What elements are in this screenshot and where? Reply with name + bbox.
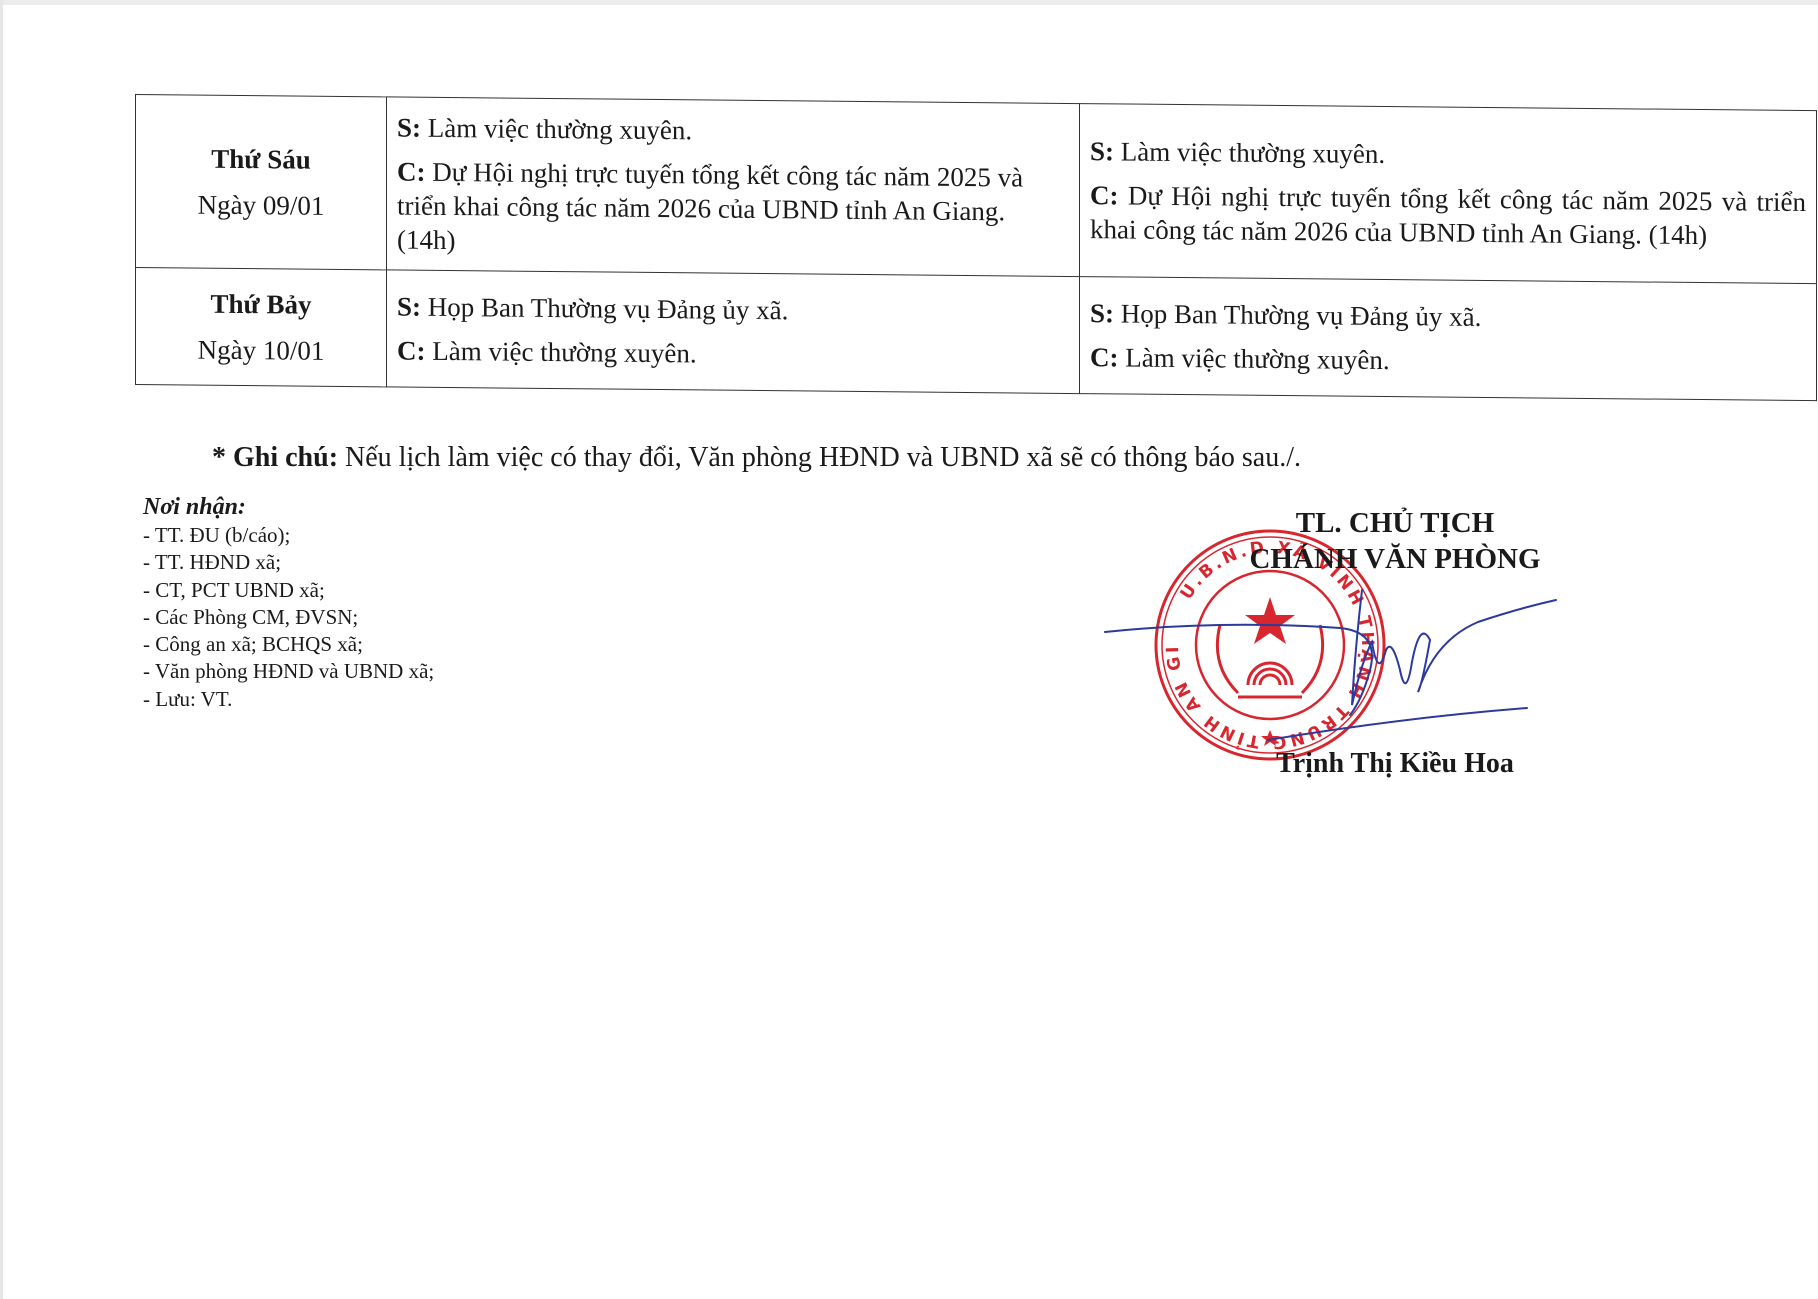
- recipient-item: - TT. HĐND xã;: [143, 549, 434, 576]
- page-top-edge: [0, 0, 1818, 5]
- day-date: Ngày 09/01: [146, 187, 376, 223]
- entry-prefix: S:: [1090, 298, 1114, 328]
- day-name: Thứ Bảy: [146, 286, 376, 322]
- recipient-item: - Văn phòng HĐND và UBND xã;: [143, 658, 434, 685]
- signer-title: CHÁNH VĂN PHÒNG: [1180, 541, 1610, 577]
- signer-name: Trịnh Thị Kiều Hoa: [1180, 748, 1610, 780]
- recipient-item: - Công an xã; BCHQS xã;: [143, 631, 434, 658]
- afternoon-entry: C: Làm việc thường xuyên.: [1090, 340, 1806, 381]
- entry-prefix: C:: [1090, 342, 1119, 372]
- entry-text: Họp Ban Thường vụ Đảng ủy xã.: [421, 292, 788, 326]
- day-cell: Thứ Sáu Ngày 09/01: [136, 95, 387, 270]
- entry-text: Làm việc thường xuyên.: [426, 336, 697, 369]
- afternoon-entry: C: Làm việc thường xuyên.: [397, 334, 1069, 374]
- day-date: Ngày 10/01: [146, 332, 376, 368]
- table-row: Thứ Bảy Ngày 10/01 S: Họp Ban Thường vụ …: [136, 268, 1817, 401]
- afternoon-entry: C: Dự Hội nghị trực tuyến tổng kết công …: [1090, 178, 1806, 253]
- recipient-item: - Lưu: VT.: [143, 686, 434, 713]
- entry-text: Làm việc thường xuyên.: [1114, 136, 1385, 169]
- schedule-cell-a: S: Làm việc thường xuyên. C: Dự Hội nghị…: [387, 97, 1080, 277]
- signature-block: TL. CHỦ TỊCH CHÁNH VĂN PHÒNG: [1180, 505, 1610, 577]
- entry-prefix: S:: [397, 292, 421, 322]
- schedule-cell-a: S: Họp Ban Thường vụ Đảng ủy xã. C: Làm …: [387, 270, 1080, 394]
- table-row: Thứ Sáu Ngày 09/01 S: Làm việc thường xu…: [136, 95, 1817, 284]
- morning-entry: S: Làm việc thường xuyên.: [1090, 134, 1806, 175]
- recipient-item: - CT, PCT UBND xã;: [143, 577, 434, 604]
- entry-text: Họp Ban Thường vụ Đảng ủy xã.: [1114, 298, 1481, 332]
- entry-text: Làm việc thường xuyên.: [1119, 342, 1390, 375]
- entry-prefix: C:: [397, 157, 426, 187]
- handwritten-signature-icon: [1100, 580, 1560, 750]
- schedule-cell-b: S: Làm việc thường xuyên. C: Dự Hội nghị…: [1080, 104, 1817, 284]
- afternoon-entry: C: Dự Hội nghị trực tuyến tổng kết công …: [397, 155, 1069, 263]
- morning-entry: S: Họp Ban Thường vụ Đảng ủy xã.: [397, 290, 1069, 330]
- page-left-edge: [0, 0, 3, 1299]
- schedule-table: Thứ Sáu Ngày 09/01 S: Làm việc thường xu…: [135, 94, 1817, 401]
- entry-prefix: C:: [397, 336, 426, 366]
- entry-prefix: S:: [397, 113, 421, 143]
- note-label: * Ghi chú:: [212, 442, 338, 473]
- schedule-cell-b: S: Họp Ban Thường vụ Đảng ủy xã. C: Làm …: [1080, 277, 1817, 401]
- recipient-item: - TT. ĐU (b/cáo);: [143, 522, 434, 549]
- entry-text: Làm việc thường xuyên.: [421, 113, 692, 146]
- note-text: Nếu lịch làm việc có thay đổi, Văn phòng…: [338, 442, 1301, 473]
- entry-prefix: S:: [1090, 136, 1114, 166]
- day-name: Thứ Sáu: [146, 141, 376, 177]
- entry-prefix: C:: [1090, 180, 1119, 210]
- recipient-item: - Các Phòng CM, ĐVSN;: [143, 604, 434, 631]
- entry-text: Dự Hội nghị trực tuyến tổng kết công tác…: [397, 157, 1023, 255]
- recipients: Nơi nhận: - TT. ĐU (b/cáo); - TT. HĐND x…: [143, 492, 434, 713]
- recipients-list: - TT. ĐU (b/cáo); - TT. HĐND xã; - CT, P…: [143, 522, 434, 713]
- morning-entry: S: Họp Ban Thường vụ Đảng ủy xã.: [1090, 296, 1806, 337]
- note: * Ghi chú: Nếu lịch làm việc có thay đổi…: [212, 442, 1301, 474]
- day-cell: Thứ Bảy Ngày 10/01: [136, 268, 387, 387]
- morning-entry: S: Làm việc thường xuyên.: [397, 111, 1069, 151]
- signer-authority: TL. CHỦ TỊCH: [1180, 505, 1610, 541]
- entry-text: Dự Hội nghị trực tuyến tổng kết công tác…: [1090, 180, 1806, 250]
- recipients-title: Nơi nhận:: [143, 492, 434, 522]
